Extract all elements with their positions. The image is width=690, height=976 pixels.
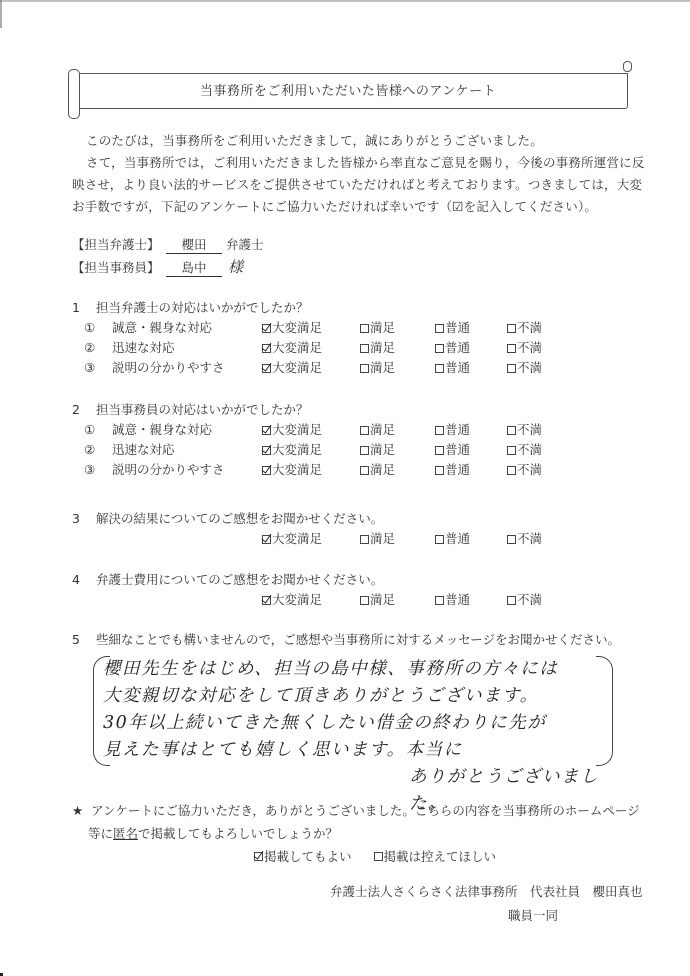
item-number: ①	[72, 420, 112, 440]
question-number: 1	[72, 298, 96, 318]
checkbox-icon[interactable]	[435, 344, 444, 353]
item-label: 説明の分かりやすさ	[112, 358, 262, 378]
item-number: ②	[72, 440, 112, 460]
option-satisfied[interactable]: 満足	[360, 460, 435, 480]
question-text: 担当事務員の対応はいかがでしたか？	[96, 400, 309, 420]
option-very-satisfied[interactable]: 大変満足	[262, 358, 360, 378]
scan-top-edge	[0, 0, 690, 2]
message-line: 櫻田先生をはじめ、担当の島中様、事務所の方々には	[103, 656, 613, 683]
option-satisfied[interactable]: 満足	[360, 529, 435, 549]
option-neutral[interactable]: 普通	[435, 460, 507, 480]
checkbox-icon[interactable]	[360, 446, 369, 455]
question-text: 担当弁護士の対応はいかがでしたか？	[96, 298, 309, 318]
question-number: 3	[72, 509, 96, 529]
rating-row: ③ 説明の分かりやすさ 大変満足 満足 普通 不満	[72, 460, 567, 480]
checkbox-icon[interactable]	[507, 535, 516, 544]
option-very-satisfied[interactable]: 大変満足	[262, 338, 360, 358]
signature-block: 弁護士法人さくらさく法律事務所 代表社員 櫻田真也 職員一同	[330, 880, 643, 928]
question-text: 解決の結果についてのご感想をお聞かせください。	[96, 509, 383, 529]
checkbox-icon[interactable]	[507, 364, 516, 373]
checkbox-icon[interactable]	[435, 446, 444, 455]
checkbox-icon[interactable]	[374, 852, 383, 861]
checkbox-icon[interactable]	[360, 466, 369, 475]
question-2: 2担当事務員の対応はいかがでしたか？ ① 誠意・親身な対応 大変満足 満足 普通…	[72, 400, 567, 480]
checkbox-checked-icon[interactable]	[262, 344, 271, 353]
item-label: 誠意・親身な対応	[112, 318, 262, 338]
checkbox-checked-icon[interactable]	[262, 466, 271, 475]
star-icon: ★	[72, 803, 83, 818]
staff-signature: 職員一同	[330, 904, 643, 928]
checkbox-icon[interactable]	[360, 344, 369, 353]
option-neutral[interactable]: 普通	[435, 440, 507, 460]
item-label: 説明の分かりやすさ	[112, 460, 262, 480]
option-neutral[interactable]: 普通	[435, 420, 507, 440]
checkbox-icon[interactable]	[507, 426, 516, 435]
question-text: 弁護士費用についてのご感想をお聞かせください。	[96, 570, 383, 590]
option-publish-ok[interactable]: 掲載してもよい	[254, 845, 352, 868]
message-line: 大変親切な対応をして頂きありがとうございます。	[103, 683, 613, 710]
option-satisfied[interactable]: 満足	[360, 440, 435, 460]
question-text: 些細なことでも構いませんので，ご感想や当事務所に対するメッセージをお聞かせくださ…	[96, 630, 620, 650]
checkbox-icon[interactable]	[360, 324, 369, 333]
checkbox-icon[interactable]	[360, 426, 369, 435]
rating-row: ③ 説明の分かりやすさ 大変満足 満足 普通 不満	[72, 358, 567, 378]
checkbox-checked-icon[interactable]	[262, 364, 271, 373]
question-number: 2	[72, 400, 96, 420]
anonymous-underlined: 匿名	[113, 826, 138, 841]
question-5: 5些細なことでも構いませんので，ご感想や当事務所に対するメッセージをお聞かせくだ…	[72, 630, 620, 650]
rating-row: ② 迅速な対応 大変満足 満足 普通 不満	[72, 338, 567, 358]
intro-line-2: さて，当事務所では，ご利用いただきました皆様から率直なご意見を賜り，今後の事務所…	[72, 152, 647, 218]
item-number: ②	[72, 338, 112, 358]
checkbox-icon[interactable]	[360, 535, 369, 544]
consent-line-1: アンケートにご協力いただき，ありがとうございました。こちらの内容を当事務所のホー…	[91, 803, 640, 818]
rating-row: 大変満足 満足 普通 不満	[72, 529, 567, 549]
checkbox-icon[interactable]	[507, 344, 516, 353]
title-banner: 当事務所をご利用いただいた皆様へのアンケート	[68, 69, 628, 109]
scroll-roll-right-icon	[623, 61, 632, 72]
rating-row: 大変満足 満足 普通 不満	[72, 590, 567, 610]
clerk-name-field[interactable]: 島中	[166, 260, 222, 277]
item-number: ③	[72, 358, 112, 378]
checkbox-icon[interactable]	[360, 364, 369, 373]
item-label: 迅速な対応	[112, 338, 262, 358]
option-dissatisfied[interactable]: 不満	[507, 460, 567, 480]
option-very-satisfied[interactable]: 大変満足	[262, 460, 360, 480]
option-neutral[interactable]: 普通	[435, 338, 507, 358]
question-number: 5	[72, 630, 96, 650]
option-satisfied[interactable]: 満足	[360, 590, 435, 610]
option-very-satisfied[interactable]: 大変満足	[262, 529, 360, 549]
checkbox-icon[interactable]	[435, 596, 444, 605]
checkbox-icon[interactable]	[435, 466, 444, 475]
item-label: 誠意・親身な対応	[112, 420, 262, 440]
option-publish-decline[interactable]: 掲載は控えてほしい	[374, 845, 497, 868]
checkbox-icon[interactable]	[507, 324, 516, 333]
checkbox-checked-icon[interactable]	[262, 426, 271, 435]
rating-row: ① 誠意・親身な対応 大変満足 満足 普通 不満	[72, 420, 567, 440]
option-dissatisfied[interactable]: 不満	[507, 440, 567, 460]
rating-row: ② 迅速な対応 大変満足 満足 普通 不満	[72, 440, 567, 460]
checkbox-icon[interactable]	[360, 596, 369, 605]
option-dissatisfied[interactable]: 不満	[507, 529, 567, 549]
checkbox-checked-icon[interactable]	[262, 324, 271, 333]
clerk-label: 【担当事務員】	[72, 257, 166, 279]
firm-signature: 弁護士法人さくらさく法律事務所 代表社員 櫻田真也	[330, 880, 643, 904]
publish-consent: ★ アンケートにご協力いただき，ありがとうございました。こちらの内容を当事務所の…	[72, 799, 672, 868]
rating-row: ① 誠意・親身な対応 大変満足 満足 普通 不満	[72, 318, 567, 338]
page-title: 当事務所をご利用いただいた皆様へのアンケート	[68, 80, 628, 99]
checkbox-icon[interactable]	[507, 446, 516, 455]
option-neutral[interactable]: 普通	[435, 358, 507, 378]
option-neutral[interactable]: 普通	[435, 529, 507, 549]
message-line: 30年以上続いてきた無くしたい借金の終わりに先が	[103, 710, 613, 737]
option-very-satisfied[interactable]: 大変満足	[262, 590, 360, 610]
question-1: 1担当弁護士の対応はいかがでしたか？ ① 誠意・親身な対応 大変満足 満足 普通…	[72, 298, 567, 378]
checkbox-icon[interactable]	[435, 535, 444, 544]
question-number: 4	[72, 570, 96, 590]
staff-info: 【担当弁護士】 櫻田 弁護士 【担当事務員】 島中 様	[72, 234, 264, 279]
lawyer-row: 【担当弁護士】 櫻田 弁護士	[72, 234, 264, 256]
option-neutral[interactable]: 普通	[435, 590, 507, 610]
handwritten-message[interactable]: 櫻田先生をはじめ、担当の島中様、事務所の方々には 大変親切な対応をして頂きありが…	[103, 656, 613, 818]
lawyer-name-field[interactable]: 櫻田	[166, 237, 222, 254]
option-very-satisfied[interactable]: 大変満足	[262, 318, 360, 338]
intro-text: このたびは，当事務所をご利用いただきまして，誠にありがとうございました。 さて，…	[72, 130, 647, 218]
option-satisfied[interactable]: 満足	[360, 358, 435, 378]
question-4: 4弁護士費用についてのご感想をお聞かせください。 大変満足 満足 普通 不満	[72, 570, 567, 610]
checkbox-icon[interactable]	[507, 466, 516, 475]
item-number: ①	[72, 318, 112, 338]
message-line: 見えた事はとても嬉しく思います。本当に	[103, 737, 613, 764]
option-satisfied[interactable]: 満足	[360, 338, 435, 358]
item-number: ③	[72, 460, 112, 480]
checkbox-checked-icon[interactable]	[262, 596, 271, 605]
item-label: 迅速な対応	[112, 440, 262, 460]
option-dissatisfied[interactable]: 不満	[507, 590, 567, 610]
checkbox-checked-icon[interactable]	[262, 535, 271, 544]
lawyer-label: 【担当弁護士】	[72, 234, 166, 256]
clerk-row: 【担当事務員】 島中 様	[72, 256, 264, 279]
scan-left-edge	[0, 0, 2, 28]
option-very-satisfied[interactable]: 大変満足	[262, 420, 360, 440]
lawyer-suffix: 弁護士	[226, 234, 264, 256]
option-dissatisfied[interactable]: 不満	[507, 338, 567, 358]
option-neutral[interactable]: 普通	[435, 318, 507, 338]
checkbox-icon[interactable]	[507, 596, 516, 605]
clerk-suffix-handwritten: 様	[228, 256, 243, 278]
option-dissatisfied[interactable]: 不満	[507, 318, 567, 338]
checkbox-icon[interactable]	[435, 426, 444, 435]
question-3: 3解決の結果についてのご感想をお聞かせください。 大変満足 満足 普通 不満	[72, 509, 567, 549]
intro-line-1: このたびは，当事務所をご利用いただきまして，誠にありがとうございました。	[72, 130, 647, 152]
option-very-satisfied[interactable]: 大変満足	[262, 440, 360, 460]
checkbox-icon[interactable]	[435, 324, 444, 333]
option-dissatisfied[interactable]: 不満	[507, 358, 567, 378]
option-satisfied[interactable]: 満足	[360, 318, 435, 338]
checkbox-checked-icon[interactable]	[254, 852, 263, 861]
checkbox-icon[interactable]	[435, 364, 444, 373]
checkbox-checked-icon[interactable]	[262, 446, 271, 455]
option-dissatisfied[interactable]: 不満	[507, 420, 567, 440]
option-satisfied[interactable]: 満足	[360, 420, 435, 440]
